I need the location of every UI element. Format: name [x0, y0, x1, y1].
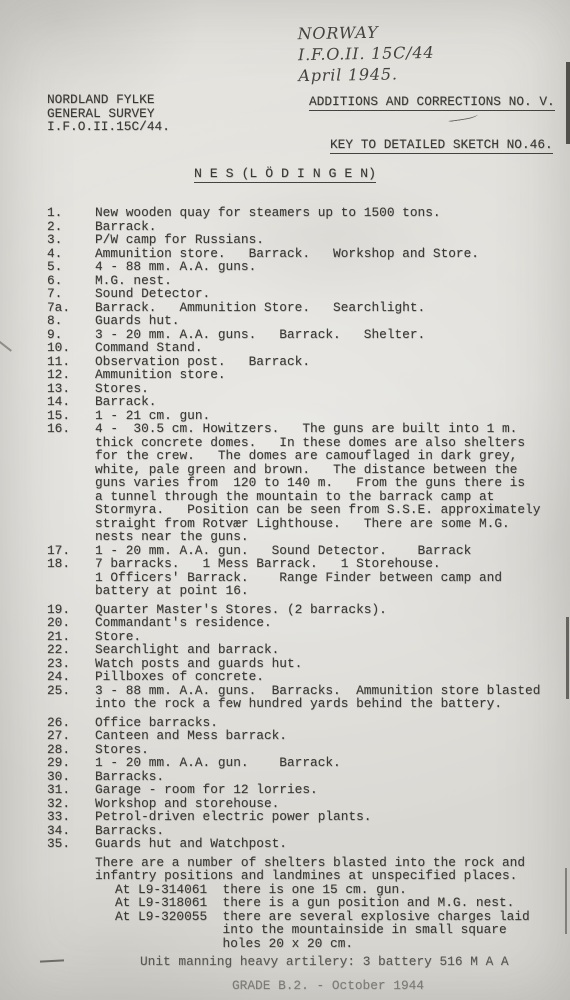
item-number: 30.	[47, 770, 95, 784]
item-text: Guards hut.	[95, 314, 563, 328]
item-text: Barrack. Ammunition Store. Searchlight.	[95, 301, 563, 315]
item-text: Command Stand.	[95, 341, 563, 355]
item-number: 12.	[47, 368, 95, 382]
item-number: 23.	[47, 657, 95, 671]
scan-edge-artifact	[565, 868, 567, 934]
item-number: 26.	[47, 716, 95, 730]
list-item: 19. Quarter Master's Stores. (2 barracks…	[47, 603, 563, 617]
item-number: 6.	[47, 274, 95, 288]
letterhead-line: GENERAL SURVEY	[47, 107, 170, 121]
item-number: 34.	[47, 824, 95, 838]
handwritten-line: April 1945.	[298, 63, 435, 86]
item-number: 32.	[47, 797, 95, 811]
list-item: 32. Workshop and storehouse.	[47, 797, 563, 811]
item-number: 3.	[47, 233, 95, 247]
list-item: 29. 1 - 20 mm. A.A. gun. Barrack.	[47, 756, 563, 770]
item-text: Store.	[95, 630, 563, 644]
item-number: 28.	[47, 743, 95, 757]
list-item: 33. Petrol-driven electric power plants.	[47, 810, 563, 824]
list-item: 15. 1 - 21 cm. gun.	[47, 409, 563, 423]
item-text: Pillboxes of concrete.	[95, 670, 563, 684]
key-list: 1. New wooden quay for steamers up to 15…	[47, 206, 563, 992]
item-number: 7a.	[47, 301, 95, 315]
heading-additions-corrections: ADDITIONS AND CORRECTIONS NO. V.	[309, 95, 555, 109]
heading-text: ADDITIONS AND CORRECTIONS NO. V.	[309, 94, 555, 111]
list-item: 23. Watch posts and guards hut.	[47, 657, 563, 671]
list-item: 9. 3 - 20 mm. A.A. guns. Barrack. Shelte…	[47, 328, 563, 342]
item-text: Observation post. Barrack.	[95, 355, 563, 369]
item-text: 1 - 20 mm. A.A. gun. Barrack.	[95, 756, 563, 770]
item-number: 14.	[47, 395, 95, 409]
item-text: Guards hut and Watchpost.	[95, 837, 563, 851]
coordinates-note: At L9-314061 there is one 15 cm. gun. At…	[47, 883, 563, 951]
item-text: New wooden quay for steamers up to 1500 …	[95, 206, 563, 220]
item-text: 4 - 88 mm. A.A. guns.	[95, 260, 563, 274]
list-item: 28. Stores.	[47, 743, 563, 757]
item-number: 18.	[47, 557, 95, 598]
item-text: Garage - room for 12 lorries.	[95, 783, 563, 797]
item-text: Barrack.	[95, 395, 563, 409]
item-number: 2.	[47, 220, 95, 234]
list-item: 5. 4 - 88 mm. A.A. guns.	[47, 260, 563, 274]
item-number: 22.	[47, 643, 95, 657]
item-text: Stores.	[95, 382, 563, 396]
item-number: 17.	[47, 544, 95, 558]
item-number: 27.	[47, 729, 95, 743]
shelters-note: There are a number of shelters blasted i…	[47, 856, 563, 883]
list-item: 3. P/W camp for Russians.	[47, 233, 563, 247]
item-text: Ammunition store.	[95, 368, 563, 382]
list-item: 24. Pillboxes of concrete.	[47, 670, 563, 684]
item-number: 9.	[47, 328, 95, 342]
item-number: 19.	[47, 603, 95, 617]
letterhead-line: NORDLAND FYLKE	[47, 93, 170, 107]
list-item: 35. Guards hut and Watchpost.	[47, 837, 563, 851]
item-text: 1 - 20 mm. A.A. gun. Sound Detector. Bar…	[95, 544, 563, 558]
letterhead-line: I.F.O.II.15C/44.	[47, 120, 170, 134]
item-text: Searchlight and barrack.	[95, 643, 563, 657]
list-item: 34. Barracks.	[47, 824, 563, 838]
handwritten-mark	[448, 112, 479, 122]
list-item: 27. Canteen and Mess barrack.	[47, 729, 563, 743]
scan-edge-artifact	[566, 617, 569, 699]
item-number: 29.	[47, 756, 95, 770]
item-number: 31.	[47, 783, 95, 797]
item-text: Barracks.	[95, 770, 563, 784]
item-text: 7 barracks. 1 Mess Barrack. 1 Storehouse…	[95, 557, 563, 598]
item-number: 33.	[47, 810, 95, 824]
item-text: 4 - 30.5 cm. Howitzers. The guns are bui…	[95, 422, 563, 544]
list-item: 7a. Barrack. Ammunition Store. Searchlig…	[47, 301, 563, 315]
list-item: 17. 1 - 20 mm. A.A. gun. Sound Detector.…	[47, 544, 563, 558]
item-text: Barracks.	[95, 824, 563, 838]
list-item: 16. 4 - 30.5 cm. Howitzers. The guns are…	[47, 422, 563, 544]
list-item: 31. Garage - room for 12 lorries.	[47, 783, 563, 797]
letterhead: NORDLAND FYLKE GENERAL SURVEY I.F.O.II.1…	[47, 93, 170, 134]
item-text: Quarter Master's Stores. (2 barracks).	[95, 603, 563, 617]
list-item: 18. 7 barracks. 1 Mess Barrack. 1 Storeh…	[47, 557, 563, 598]
item-text: Canteen and Mess barrack.	[95, 729, 563, 743]
scanned-document-page: NORWAY I.F.O.II. 15C/44 April 1945. NORD…	[0, 0, 570, 1000]
item-text: Workshop and storehouse.	[95, 797, 563, 811]
item-number: 7.	[47, 287, 95, 301]
list-item: 11. Observation post. Barrack.	[47, 355, 563, 369]
scan-edge-artifact	[566, 62, 570, 144]
item-text: Sound Detector.	[95, 287, 563, 301]
handwritten-line: I.F.O.II. 15C/44	[298, 42, 435, 65]
item-text: Petrol-driven electric power plants.	[95, 810, 563, 824]
item-number: 20.	[47, 616, 95, 630]
list-item: 6. M.G. nest.	[47, 274, 563, 288]
item-number: 13.	[47, 382, 95, 396]
item-text: M.G. nest.	[95, 274, 563, 288]
item-number: 4.	[47, 247, 95, 261]
item-text: Commandant's residence.	[95, 616, 563, 630]
item-number: 35.	[47, 837, 95, 851]
handwritten-line: NORWAY	[297, 21, 434, 44]
item-text: Barrack.	[95, 220, 563, 234]
unit-note: Unit manning heavy artilery: 3 battery 5…	[47, 955, 563, 969]
item-text: 1 - 21 cm. gun.	[95, 409, 563, 423]
list-item: 1. New wooden quay for steamers up to 15…	[47, 206, 563, 220]
list-item: 10. Command Stand.	[47, 341, 563, 355]
heading-text: KEY TO DETAILED SKETCH NO.46.	[330, 137, 553, 154]
list-item: 30. Barracks.	[47, 770, 563, 784]
list-item: 25. 3 - 88 mm. A.A. guns. Barracks. Ammu…	[47, 684, 563, 711]
grade-line: GRADE B.2. - October 1944	[47, 979, 563, 993]
item-number: 5.	[47, 260, 95, 274]
item-text: P/W camp for Russians.	[95, 233, 563, 247]
heading-key-sketch: KEY TO DETAILED SKETCH NO.46.	[330, 138, 553, 152]
item-text: Ammunition store. Barrack. Workshop and …	[95, 247, 563, 261]
list-item: 20. Commandant's residence.	[47, 616, 563, 630]
pencil-tick-mark	[0, 340, 12, 351]
item-number: 25.	[47, 684, 95, 711]
list-item: 26. Office barracks.	[47, 716, 563, 730]
page-title-text: N E S (L Ö D I N G E N)	[194, 166, 376, 183]
handwritten-note: NORWAY I.F.O.II. 15C/44 April 1945.	[297, 21, 434, 86]
item-number: 11.	[47, 355, 95, 369]
list-item: 14. Barrack.	[47, 395, 563, 409]
list-item: 2. Barrack.	[47, 220, 563, 234]
item-text: 3 - 88 mm. A.A. guns. Barracks. Ammuniti…	[95, 684, 563, 711]
page-title: N E S (L Ö D I N G E N)	[0, 167, 570, 181]
item-number: 1.	[47, 206, 95, 220]
list-item: 8. Guards hut.	[47, 314, 563, 328]
item-number: 8.	[47, 314, 95, 328]
item-text: Watch posts and guards hut.	[95, 657, 563, 671]
list-item: 21. Store.	[47, 630, 563, 644]
item-number: 10.	[47, 341, 95, 355]
item-text: Stores.	[95, 743, 563, 757]
item-text: Office barracks.	[95, 716, 563, 730]
list-item: 22. Searchlight and barrack.	[47, 643, 563, 657]
list-item: 13. Stores.	[47, 382, 563, 396]
item-text: 3 - 20 mm. A.A. guns. Barrack. Shelter.	[95, 328, 563, 342]
item-number: 16.	[47, 422, 95, 544]
list-item: 12. Ammunition store.	[47, 368, 563, 382]
item-number: 24.	[47, 670, 95, 684]
item-number: 15.	[47, 409, 95, 423]
item-number: 21.	[47, 630, 95, 644]
list-item: 7. Sound Detector.	[47, 287, 563, 301]
list-item: 4. Ammunition store. Barrack. Workshop a…	[47, 247, 563, 261]
